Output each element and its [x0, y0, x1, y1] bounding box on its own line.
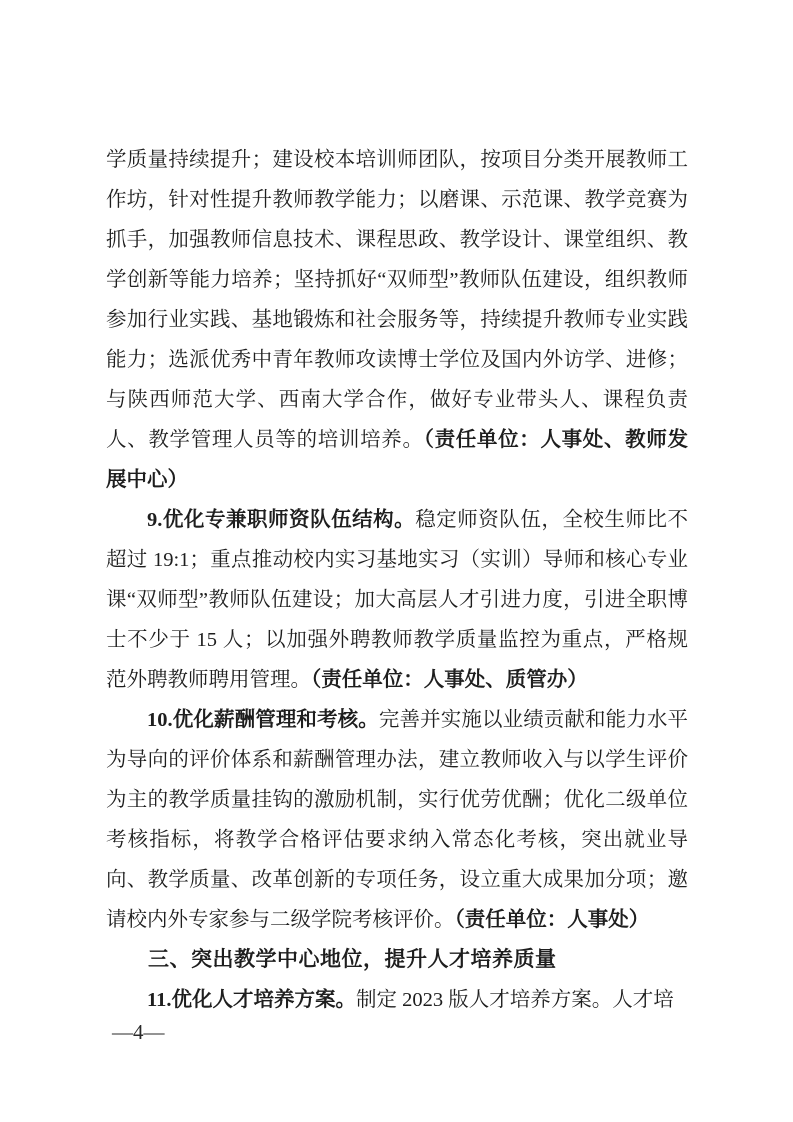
section-heading-3: 三、突出教学中心地位，提升人才培养质量 — [106, 940, 688, 980]
document-page: 学质量持续提升；建设校本培训师团队，按项目分类开展教师工作坊，针对性提升教师教学… — [0, 0, 793, 1122]
item-9-lead-label: 9.优化专兼职师资队伍结构。 — [147, 509, 415, 531]
responsibility-unit: （责任单位：人事处、质管办） — [311, 669, 588, 691]
paragraph-text: 完善并实施以业绩贡献和能力水平为导向的评价体系和薪酬管理办法，建立教师收入与以学… — [106, 709, 688, 931]
paragraph-text: 制定 2023 版人才培养方案。人才培 — [356, 989, 674, 1011]
paragraph-item-10: 10.优化薪酬管理和考核。完善并实施以业绩贡献和能力水平为导向的评价体系和薪酬管… — [106, 700, 688, 940]
page-footer: —4— — [112, 1012, 165, 1052]
paragraph-text: 稳定师资队伍，全校生师比不超过 19:1；重点推动校内实习基地实习（实训）导师和… — [106, 509, 688, 691]
item-11-lead-label: 11.优化人才培养方案。 — [147, 989, 356, 1011]
paragraph-continued: 学质量持续提升；建设校本培训师团队，按项目分类开展教师工作坊，针对性提升教师教学… — [106, 140, 688, 500]
paragraph-item-9: 9.优化专兼职师资队伍结构。稳定师资队伍，全校生师比不超过 19:1；重点推动校… — [106, 500, 688, 700]
document-body: 学质量持续提升；建设校本培训师团队，按项目分类开展教师工作坊，针对性提升教师教学… — [106, 140, 688, 1020]
item-10-lead-label: 10.优化薪酬管理和考核。 — [147, 709, 379, 731]
responsibility-unit: （责任单位：人事处） — [455, 909, 650, 931]
paragraph-item-11: 11.优化人才培养方案。制定 2023 版人才培养方案。人才培 — [106, 980, 688, 1020]
paragraph-text: 学质量持续提升；建设校本培训师团队，按项目分类开展教师工作坊，针对性提升教师教学… — [106, 149, 688, 451]
page-number: —4— — [112, 1020, 165, 1044]
